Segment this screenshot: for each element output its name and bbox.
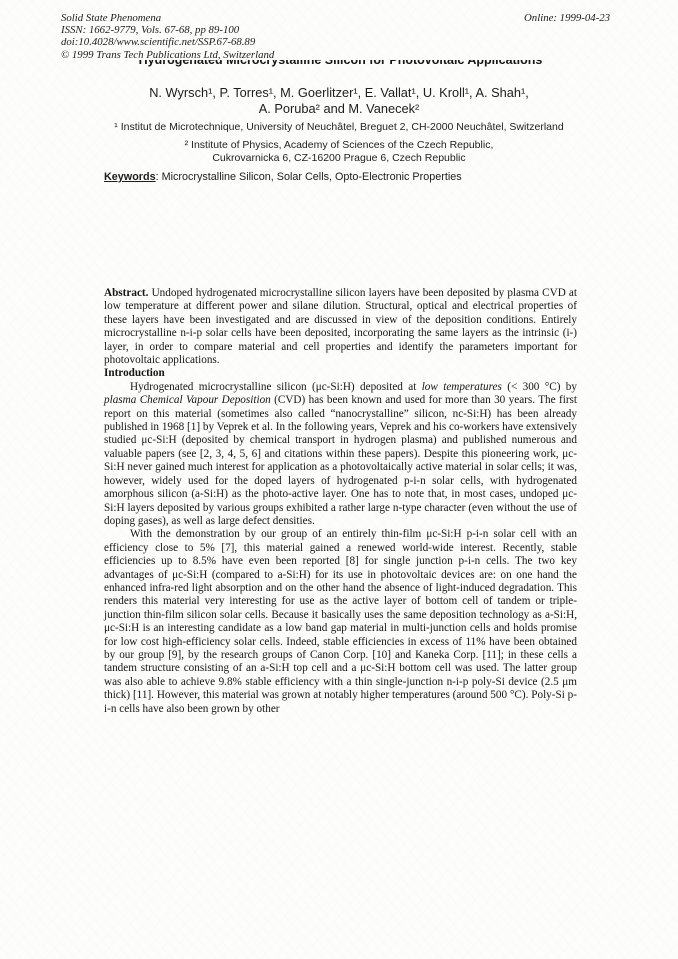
- affiliation-2: ² Institute of Physics, Academy of Scien…: [0, 139, 678, 165]
- keywords-text: : Microcrystalline Silicon, Solar Cells,…: [156, 171, 462, 183]
- abstract-text: Undoped hydrogenated microcrystalline si…: [104, 287, 577, 366]
- online-date: Online: 1999-04-23: [524, 12, 610, 24]
- paper-title-clipped: Hydrogenated Microcrystalline Silicon fo…: [104, 60, 577, 68]
- keywords-label: Keywords: [104, 171, 156, 183]
- authors-line-2: A. Poruba² and M. Vanecek²: [0, 101, 678, 117]
- abstract-label: Abstract.: [104, 287, 148, 299]
- paper-page: Solid State Phenomena ISSN: 1662-9779, V…: [0, 0, 678, 959]
- copyright-line: © 1999 Trans Tech Publications Ltd, Swit…: [61, 49, 274, 61]
- journal-header: Solid State Phenomena ISSN: 1662-9779, V…: [61, 12, 274, 61]
- paper-body: Abstract. Undoped hydrogenated microcrys…: [104, 287, 577, 716]
- introduction-paragraph-1: Hydrogenated microcrystalline silicon (μ…: [104, 381, 577, 528]
- introduction-paragraph-2: With the demonstration by our group of a…: [104, 528, 577, 716]
- journal-name: Solid State Phenomena: [61, 12, 274, 24]
- affiliation-1: ¹ Institut de Microtechnique, University…: [0, 121, 678, 134]
- issn-line: ISSN: 1662-9779, Vols. 67-68, pp 89-100: [61, 24, 274, 36]
- paper-title: Hydrogenated Microcrystalline Silicon fo…: [104, 60, 577, 68]
- authors-line-1: N. Wyrsch¹, P. Torres¹, M. Goerlitzer¹, …: [0, 85, 678, 101]
- keywords-line: Keywords: Microcrystalline Silicon, Sola…: [104, 171, 577, 184]
- section-heading-introduction: Introduction: [104, 367, 577, 380]
- abstract-paragraph: Abstract. Undoped hydrogenated microcrys…: [104, 287, 577, 367]
- affiliation-2-line-1: ² Institute of Physics, Academy of Scien…: [0, 139, 678, 152]
- authors-block: N. Wyrsch¹, P. Torres¹, M. Goerlitzer¹, …: [0, 85, 678, 117]
- doi-line: doi:10.4028/www.scientific.net/SSP.67-68…: [61, 36, 274, 48]
- affiliation-2-line-2: Cukrovarnicka 6, CZ-16200 Prague 6, Czec…: [0, 152, 678, 165]
